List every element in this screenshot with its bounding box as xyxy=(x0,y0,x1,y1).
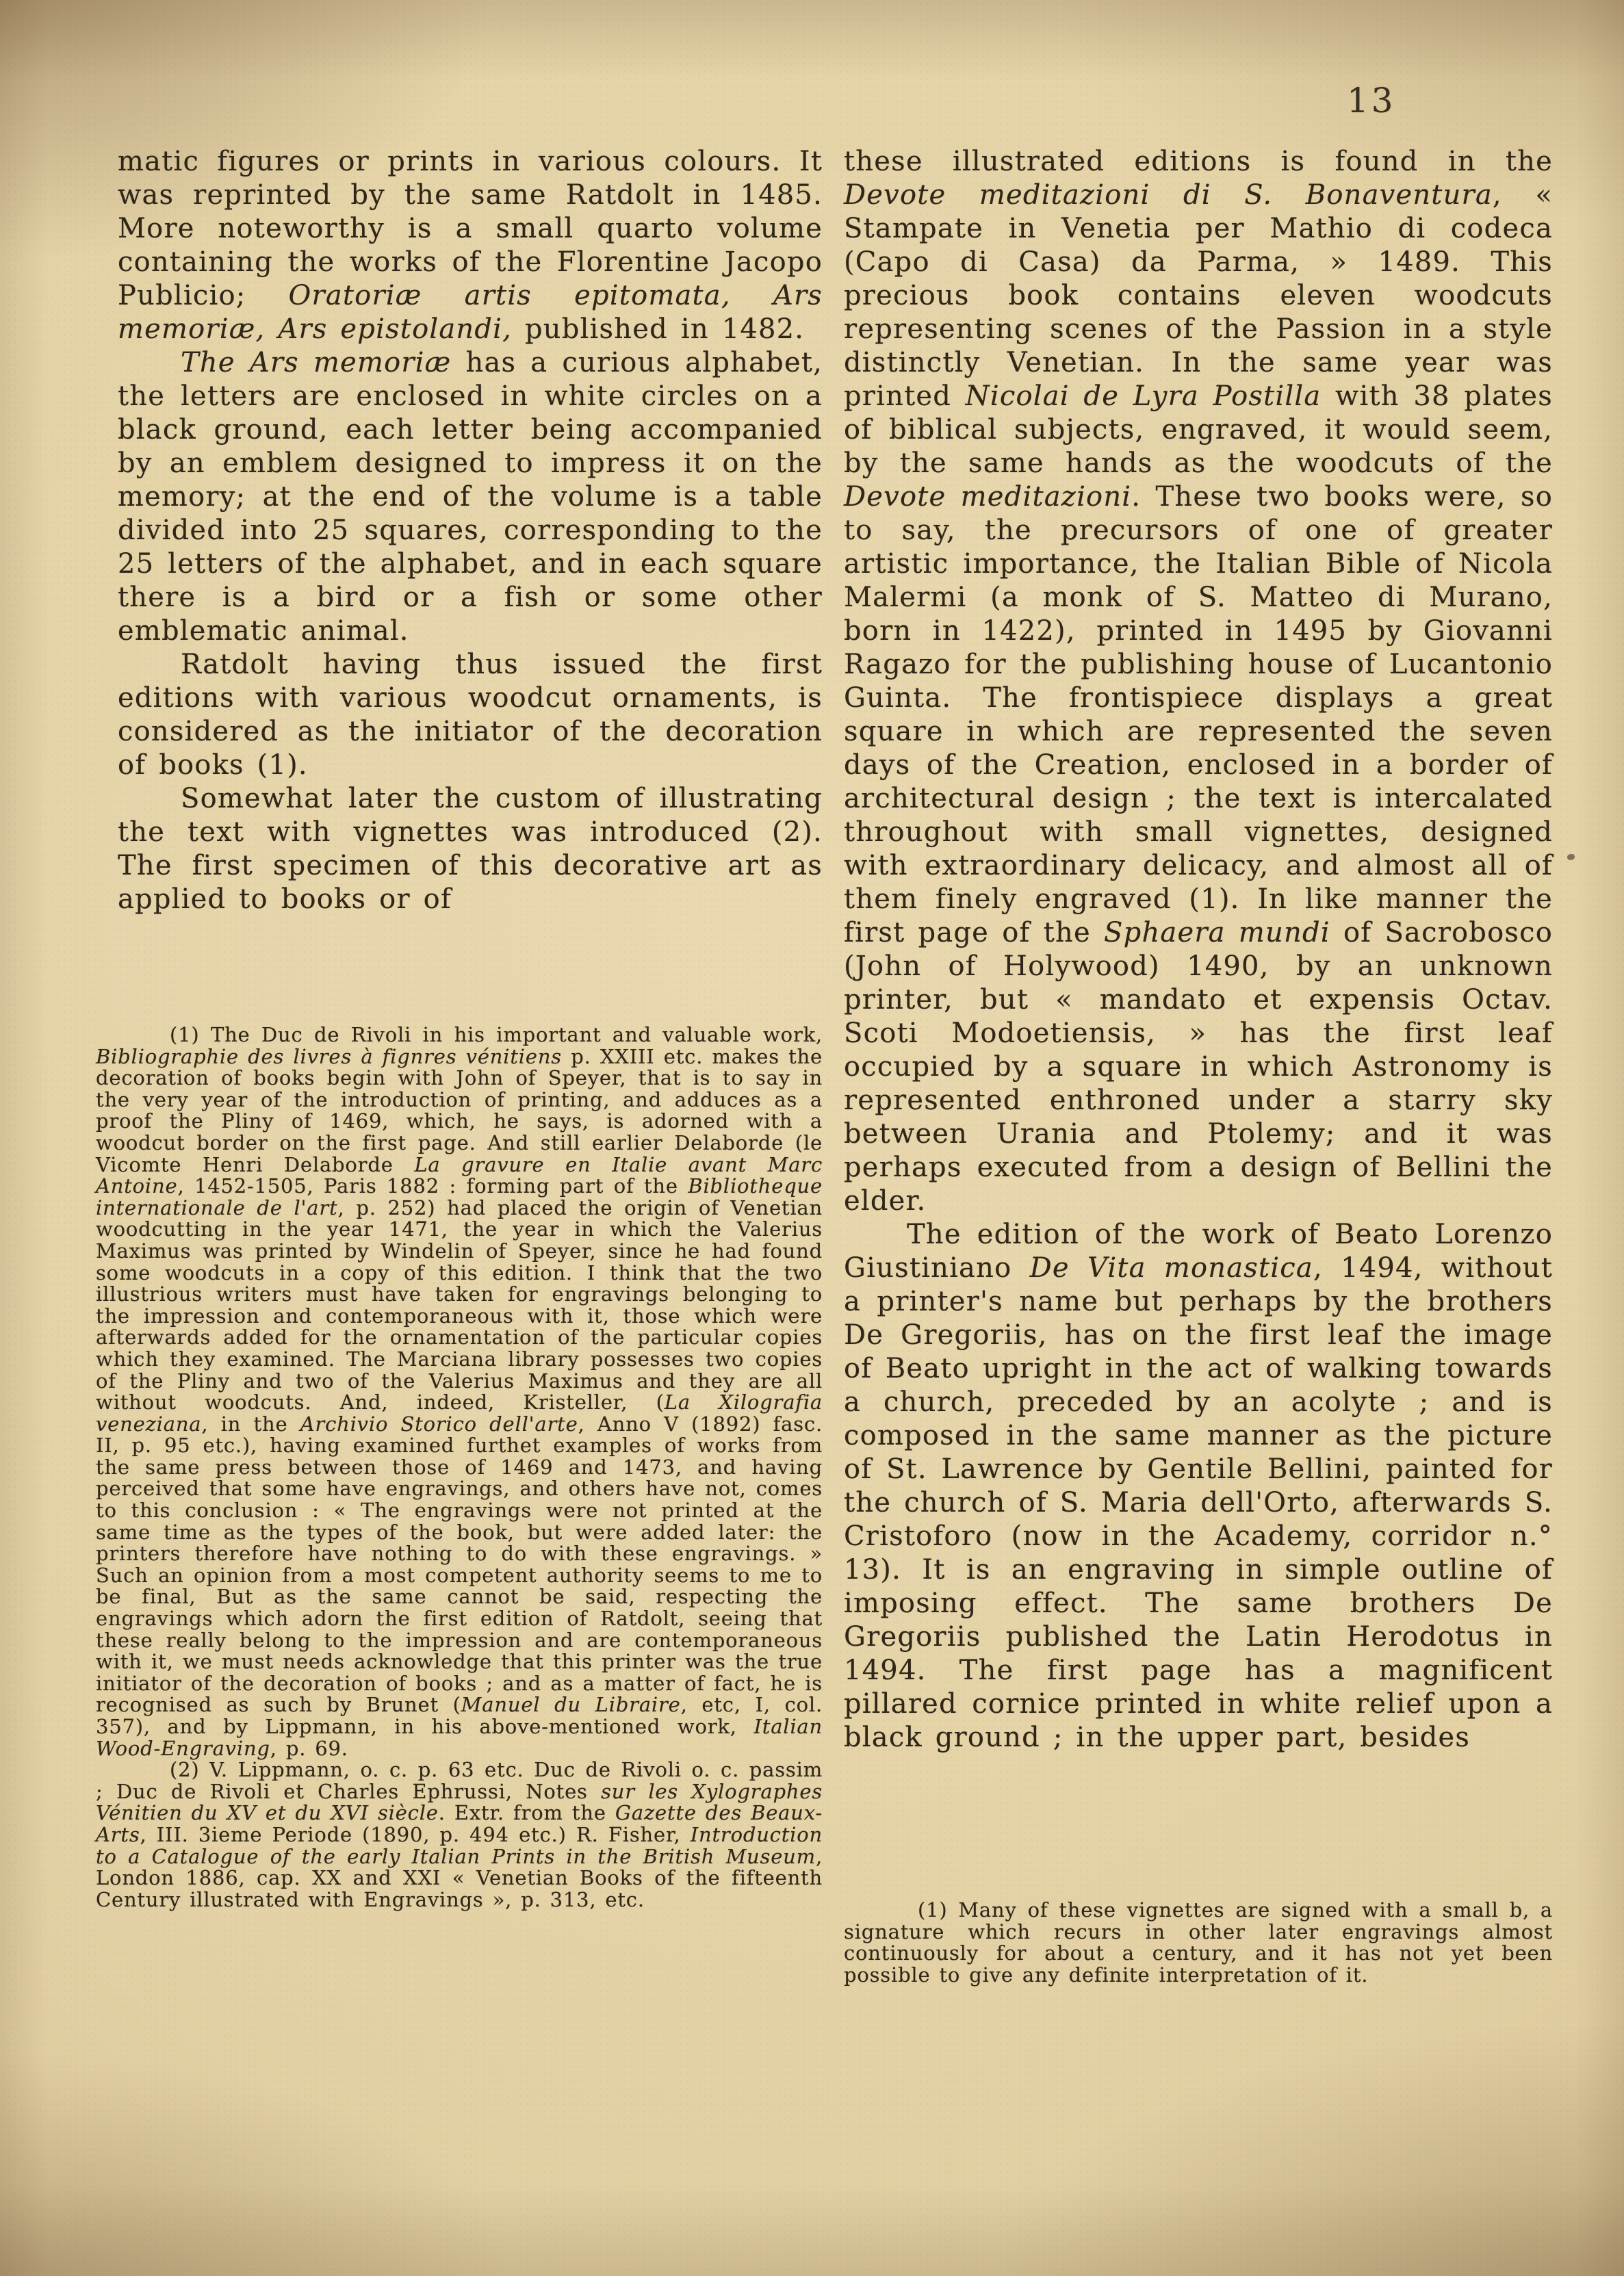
footnote: (1) Many of these vignettes are signed w… xyxy=(844,1900,1553,1986)
left-column-footnotes: (1) The Duc de Rivoli in his important a… xyxy=(96,1024,823,1911)
footnote: (2) V. Lippmann, o. c. p. 63 etc. Duc de… xyxy=(96,1759,823,1911)
page-number: 13 xyxy=(1347,81,1396,120)
paragraph: The edition of the work of Beato Lorenzo… xyxy=(844,1218,1553,1755)
right-column-main-text: these illustrated editions is found in t… xyxy=(844,145,1553,1755)
paragraph: The Ars memoriæ has a curious alphabet, … xyxy=(118,346,823,648)
ink-speck xyxy=(1567,854,1575,860)
paragraph: these illustrated editions is found in t… xyxy=(844,145,1553,1218)
book-page-scan: 13 matic figures or prints in various co… xyxy=(0,0,1624,2276)
left-column-main-text: matic figures or prints in various colou… xyxy=(118,145,823,916)
paragraph: Ratdolt having thus issued the first edi… xyxy=(118,648,823,782)
right-column-footnote: (1) Many of these vignettes are signed w… xyxy=(844,1900,1553,1986)
paragraph: Somewhat later the custom of illustratin… xyxy=(118,782,823,916)
footnote: (1) The Duc de Rivoli in his important a… xyxy=(96,1024,823,1759)
paragraph: matic figures or prints in various colou… xyxy=(118,145,823,346)
